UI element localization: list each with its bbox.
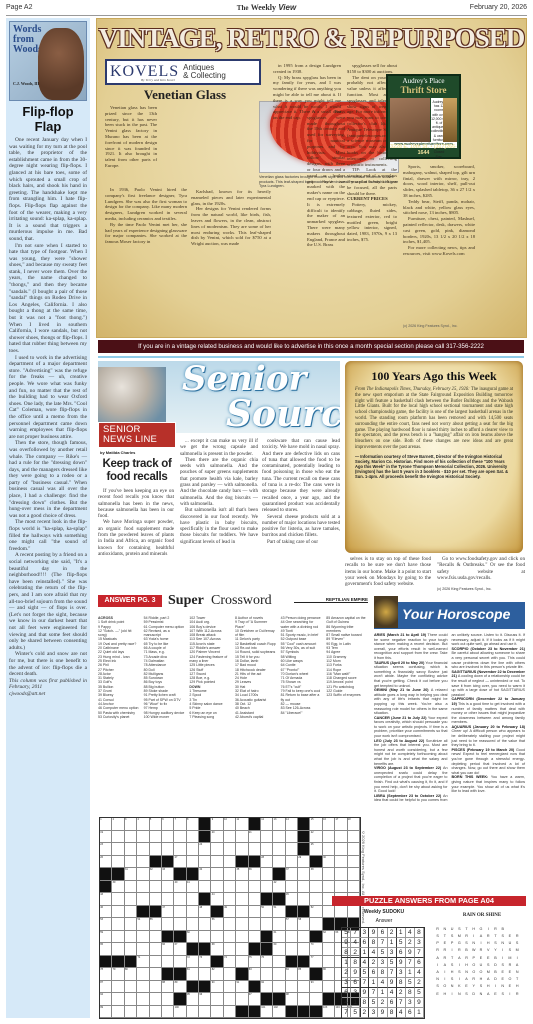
- crossword-cell[interactable]: 31: [125, 868, 137, 881]
- crossword-cell[interactable]: [125, 881, 137, 894]
- crossword-cell[interactable]: [236, 856, 248, 869]
- crossword-cell[interactable]: 80: [125, 968, 137, 981]
- crossword-cell[interactable]: 93: [310, 981, 322, 994]
- crossword-cell[interactable]: 35: [236, 868, 248, 881]
- crossword-cell[interactable]: [112, 893, 124, 906]
- crossword-cell[interactable]: 49: [224, 906, 236, 919]
- crossword-cell[interactable]: [236, 943, 248, 956]
- crossword-cell[interactable]: [150, 856, 162, 869]
- crossword-cell[interactable]: 20: [211, 831, 223, 844]
- crossword-cell[interactable]: [348, 881, 360, 894]
- crossword-cell[interactable]: [224, 993, 236, 1006]
- crossword-cell[interactable]: 17: [335, 818, 347, 831]
- crossword-cell[interactable]: 68: [211, 943, 223, 956]
- crossword-grid[interactable]: 1234567891011121314151617181920212223242…: [99, 817, 361, 1019]
- crossword-cell[interactable]: [174, 931, 186, 944]
- crossword-cell[interactable]: [261, 893, 273, 906]
- crossword-cell[interactable]: [236, 1006, 248, 1019]
- crossword-cell[interactable]: 11: [236, 818, 248, 831]
- crossword-cell[interactable]: [162, 831, 174, 844]
- crossword-cell[interactable]: [187, 843, 199, 856]
- crossword-cell[interactable]: 15: [310, 818, 322, 831]
- crossword-cell[interactable]: [199, 981, 211, 994]
- crossword-cell[interactable]: 97: [249, 993, 261, 1006]
- crossword-cell[interactable]: [310, 918, 322, 931]
- crossword-cell[interactable]: [125, 856, 137, 869]
- crossword-cell[interactable]: [310, 881, 322, 894]
- crossword-cell[interactable]: [310, 968, 322, 981]
- crossword-cell[interactable]: [174, 906, 186, 919]
- crossword-cell[interactable]: [298, 943, 310, 956]
- crossword-cell[interactable]: [199, 881, 211, 894]
- crossword-cell[interactable]: [150, 893, 162, 906]
- crossword-cell[interactable]: [162, 856, 174, 869]
- crossword-cell[interactable]: [211, 906, 223, 919]
- crossword-cell[interactable]: 102: [273, 1006, 285, 1019]
- crossword-cell[interactable]: 1: [100, 818, 112, 831]
- crossword-cell[interactable]: [199, 818, 211, 831]
- crossword-cell[interactable]: [249, 906, 261, 919]
- crossword-cell[interactable]: [273, 968, 285, 981]
- crossword-cell[interactable]: [125, 931, 137, 944]
- crossword-cell[interactable]: 44: [211, 893, 223, 906]
- crossword-cell[interactable]: 8: [187, 818, 199, 831]
- crossword-cell[interactable]: 69: [273, 943, 285, 956]
- crossword-cell[interactable]: 78: [100, 968, 112, 981]
- crossword-cell[interactable]: [187, 1006, 199, 1019]
- crossword-cell[interactable]: [298, 931, 310, 944]
- crossword-cell[interactable]: [162, 931, 174, 944]
- crossword-cell[interactable]: 2: [112, 818, 124, 831]
- crossword-cell[interactable]: [286, 856, 298, 869]
- crossword-cell[interactable]: [348, 843, 360, 856]
- crossword-cell[interactable]: [112, 918, 124, 931]
- crossword-cell[interactable]: 27: [174, 856, 186, 869]
- crossword-cell[interactable]: [199, 918, 211, 931]
- crossword-cell[interactable]: [150, 956, 162, 969]
- crossword-cell[interactable]: [211, 881, 223, 894]
- crossword-cell[interactable]: [273, 981, 285, 994]
- crossword-cell[interactable]: 3: [125, 818, 137, 831]
- crossword-cell[interactable]: [273, 843, 285, 856]
- crossword-cell[interactable]: 26: [100, 856, 112, 869]
- author-email[interactable]: cjwoods@att.net: [9, 691, 87, 698]
- crossword-cell[interactable]: [174, 868, 186, 881]
- crossword-cell[interactable]: 59: [100, 931, 112, 944]
- crossword-cell[interactable]: [112, 843, 124, 856]
- crossword-cell[interactable]: [137, 856, 149, 869]
- crossword-cell[interactable]: 12: [261, 818, 273, 831]
- crossword-cell[interactable]: [150, 968, 162, 981]
- crossword-cell[interactable]: [137, 893, 149, 906]
- crossword-cell[interactable]: [112, 931, 124, 944]
- crossword-cell[interactable]: [211, 931, 223, 944]
- crossword-cell[interactable]: [112, 831, 124, 844]
- crossword-cell[interactable]: [100, 868, 112, 881]
- crossword-cell[interactable]: [298, 1006, 310, 1019]
- crossword-cell[interactable]: [249, 918, 261, 931]
- crossword-cell[interactable]: [199, 968, 211, 981]
- crossword-cell[interactable]: [187, 868, 199, 881]
- crossword-cell[interactable]: [273, 956, 285, 969]
- crossword-cell[interactable]: [150, 931, 162, 944]
- crossword-cell[interactable]: [249, 981, 261, 994]
- crossword-cell[interactable]: [187, 893, 199, 906]
- crossword-cell[interactable]: [348, 856, 360, 869]
- crossword-cell[interactable]: [298, 868, 310, 881]
- crossword-cell[interactable]: [273, 993, 285, 1006]
- crossword-cell[interactable]: [249, 943, 261, 956]
- crossword-cell[interactable]: [199, 831, 211, 844]
- crossword-cell[interactable]: [125, 843, 137, 856]
- crossword-cell[interactable]: [137, 868, 149, 881]
- crossword-cell[interactable]: 33: [162, 868, 174, 881]
- crossword-cell[interactable]: [310, 931, 322, 944]
- crossword-cell[interactable]: [137, 881, 149, 894]
- crossword-cell[interactable]: [236, 993, 248, 1006]
- crossword-cell[interactable]: [137, 906, 149, 919]
- crossword-cell[interactable]: 23: [100, 843, 112, 856]
- crossword-cell[interactable]: [286, 881, 298, 894]
- crossword-cell[interactable]: [261, 881, 273, 894]
- crossword-cell[interactable]: [323, 993, 335, 1006]
- crossword-cell[interactable]: [298, 893, 310, 906]
- crossword-cell[interactable]: 30: [323, 856, 335, 869]
- crossword-cell[interactable]: 58: [298, 918, 310, 931]
- crossword-cell[interactable]: [273, 856, 285, 869]
- crossword-cell[interactable]: [150, 843, 162, 856]
- crossword-cell[interactable]: 91: [236, 981, 248, 994]
- crossword-cell[interactable]: 50: [261, 906, 273, 919]
- crossword-cell[interactable]: [211, 868, 223, 881]
- crossword-cell[interactable]: [224, 981, 236, 994]
- crossword-cell[interactable]: [174, 968, 186, 981]
- crossword-cell[interactable]: [236, 831, 248, 844]
- crossword-cell[interactable]: [137, 943, 149, 956]
- crossword-cell[interactable]: 77: [310, 956, 322, 969]
- crossword-cell[interactable]: [174, 993, 186, 1006]
- crossword-cell[interactable]: [174, 831, 186, 844]
- crossword-cell[interactable]: 41: [187, 881, 199, 894]
- crossword-cell[interactable]: [199, 1006, 211, 1019]
- crossword-cell[interactable]: [261, 993, 273, 1006]
- crossword-cell[interactable]: 79: [112, 968, 124, 981]
- crossword-cell[interactable]: [137, 981, 149, 994]
- crossword-cell[interactable]: [236, 906, 248, 919]
- crossword-cell[interactable]: [112, 956, 124, 969]
- crossword-cell[interactable]: 55: [150, 918, 162, 931]
- crossword-cell[interactable]: 89: [174, 981, 186, 994]
- crossword-cell[interactable]: [335, 868, 347, 881]
- crossword-cell[interactable]: [224, 918, 236, 931]
- crossword-cell[interactable]: [174, 956, 186, 969]
- crossword-cell[interactable]: [261, 831, 273, 844]
- crossword-cell[interactable]: 60: [187, 931, 199, 944]
- crossword-cell[interactable]: [261, 968, 273, 981]
- crossword-cell[interactable]: [310, 993, 322, 1006]
- crossword-cell[interactable]: 25: [310, 843, 322, 856]
- crossword-cell[interactable]: [323, 881, 335, 894]
- crossword-cell[interactable]: 48: [199, 906, 211, 919]
- crossword-cell[interactable]: [125, 906, 137, 919]
- crossword-cell[interactable]: [224, 843, 236, 856]
- crossword-cell[interactable]: 51: [273, 906, 285, 919]
- crossword-cell[interactable]: 92: [261, 981, 273, 994]
- crossword-cell[interactable]: 81: [187, 968, 199, 981]
- crossword-cell[interactable]: 86: [323, 968, 335, 981]
- crossword-cell[interactable]: [150, 906, 162, 919]
- crossword-cell[interactable]: [273, 831, 285, 844]
- crossword-cell[interactable]: [112, 856, 124, 869]
- crossword-cell[interactable]: 94: [100, 993, 112, 1006]
- crossword-cell[interactable]: [199, 943, 211, 956]
- crossword-cell[interactable]: [112, 981, 124, 994]
- crossword-cell[interactable]: [112, 868, 124, 881]
- crossword-cell[interactable]: 76: [261, 956, 273, 969]
- crossword-cell[interactable]: 18: [348, 818, 360, 831]
- crossword-cell[interactable]: [224, 1006, 236, 1019]
- crossword-cell[interactable]: [261, 843, 273, 856]
- crossword-cell[interactable]: [298, 956, 310, 969]
- crossword-cell[interactable]: 96: [199, 993, 211, 1006]
- crossword-cell[interactable]: [298, 843, 310, 856]
- crossword-cell[interactable]: [273, 868, 285, 881]
- crossword-cell[interactable]: [174, 893, 186, 906]
- crossword-cell[interactable]: 53: [100, 918, 112, 931]
- crossword-cell[interactable]: 5: [150, 818, 162, 831]
- crossword-cell[interactable]: [162, 968, 174, 981]
- crossword-cell[interactable]: 95: [187, 993, 199, 1006]
- crossword-cell[interactable]: [323, 831, 335, 844]
- crossword-cell[interactable]: [112, 906, 124, 919]
- crossword-cell[interactable]: 39: [112, 881, 124, 894]
- crossword-cell[interactable]: [162, 1006, 174, 1019]
- crossword-cell[interactable]: [150, 881, 162, 894]
- crossword-cell[interactable]: 9: [211, 818, 223, 831]
- crossword-cell[interactable]: 14: [286, 818, 298, 831]
- crossword-cell[interactable]: [112, 1006, 124, 1019]
- crossword-cell[interactable]: [187, 856, 199, 869]
- crossword-cell[interactable]: 16: [323, 818, 335, 831]
- audreys-place-ad[interactable]: Audrey's Place Thrift Store Audrey's has…: [386, 74, 461, 159]
- crossword-cell[interactable]: [150, 943, 162, 956]
- crossword-cell[interactable]: [125, 893, 137, 906]
- crossword-cell[interactable]: [286, 956, 298, 969]
- crossword-cell[interactable]: [323, 943, 335, 956]
- crossword-cell[interactable]: 40: [174, 881, 186, 894]
- crossword-cell[interactable]: 65: [100, 943, 112, 956]
- crossword-cell[interactable]: [162, 918, 174, 931]
- crossword-cell[interactable]: 24: [199, 843, 211, 856]
- crossword-cell[interactable]: [249, 818, 261, 831]
- crossword-cell[interactable]: 43: [100, 893, 112, 906]
- crossword-cell[interactable]: 82: [211, 968, 223, 981]
- crossword-cell[interactable]: [187, 906, 199, 919]
- crossword-cell[interactable]: [273, 918, 285, 931]
- crossword-cell[interactable]: 73: [199, 956, 211, 969]
- crossword-cell[interactable]: [137, 1006, 149, 1019]
- crossword-cell[interactable]: [298, 881, 310, 894]
- crossword-cell[interactable]: 72: [187, 956, 199, 969]
- crossword-cell[interactable]: 38: [310, 868, 322, 881]
- crossword-cell[interactable]: [224, 931, 236, 944]
- crossword-cell[interactable]: [187, 831, 199, 844]
- crossword-cell[interactable]: [348, 868, 360, 881]
- crossword-cell[interactable]: [273, 893, 285, 906]
- crossword-cell[interactable]: [335, 831, 347, 844]
- crossword-cell[interactable]: [261, 868, 273, 881]
- crossword-cell[interactable]: 61: [273, 931, 285, 944]
- crossword-cell[interactable]: [150, 993, 162, 1006]
- crossword-cell[interactable]: [224, 943, 236, 956]
- crossword-cell[interactable]: [137, 843, 149, 856]
- crossword-cell[interactable]: [335, 881, 347, 894]
- crossword-cell[interactable]: [125, 981, 137, 994]
- crossword-cell[interactable]: 57: [286, 918, 298, 931]
- crossword-cell[interactable]: [174, 918, 186, 931]
- crossword-cell[interactable]: [199, 856, 211, 869]
- crossword-cell[interactable]: [174, 843, 186, 856]
- crossword-cell[interactable]: [298, 906, 310, 919]
- crossword-cell[interactable]: 56: [211, 918, 223, 931]
- crossword-cell[interactable]: [199, 931, 211, 944]
- crossword-cell[interactable]: [100, 881, 112, 894]
- crossword-cell[interactable]: [310, 893, 322, 906]
- crossword-cell[interactable]: [249, 856, 261, 869]
- crossword-cell[interactable]: [162, 993, 174, 1006]
- crossword-cell[interactable]: [298, 981, 310, 994]
- crossword-cell[interactable]: [125, 1006, 137, 1019]
- crossword-cell[interactable]: 84: [286, 968, 298, 981]
- crossword-cell[interactable]: 66: [162, 943, 174, 956]
- crossword-cell[interactable]: [224, 868, 236, 881]
- crossword-cell[interactable]: [162, 881, 174, 894]
- crossword-cell[interactable]: 83: [249, 968, 261, 981]
- crossword-cell[interactable]: 85: [298, 968, 310, 981]
- crossword-cell[interactable]: [249, 1006, 261, 1019]
- crossword-cell[interactable]: [112, 943, 124, 956]
- crossword-cell[interactable]: 28: [261, 856, 273, 869]
- crossword-cell[interactable]: [261, 918, 273, 931]
- crossword-cell[interactable]: 71: [137, 956, 149, 969]
- crossword-cell[interactable]: 36: [249, 868, 261, 881]
- crossword-cell[interactable]: [286, 843, 298, 856]
- crossword-cell[interactable]: [236, 918, 248, 931]
- crossword-cell[interactable]: 88: [162, 981, 174, 994]
- crossword-cell[interactable]: [211, 1006, 223, 1019]
- crossword-cell[interactable]: 7: [174, 818, 186, 831]
- crossword-cell[interactable]: 52: [310, 906, 322, 919]
- crossword-cell[interactable]: 21: [249, 831, 261, 844]
- crossword-cell[interactable]: [112, 993, 124, 1006]
- crossword-cell[interactable]: [286, 906, 298, 919]
- crossword-cell[interactable]: [162, 893, 174, 906]
- crossword-cell[interactable]: 47: [162, 906, 174, 919]
- crossword-cell[interactable]: 54: [137, 918, 149, 931]
- crossword-cell[interactable]: 37: [286, 868, 298, 881]
- crossword-cell[interactable]: [249, 931, 261, 944]
- crossword-cell[interactable]: [323, 956, 335, 969]
- crossword-cell[interactable]: [249, 881, 261, 894]
- crossword-cell[interactable]: [125, 943, 137, 956]
- crossword-cell[interactable]: [211, 843, 223, 856]
- crossword-cell[interactable]: [249, 843, 261, 856]
- crossword-cell[interactable]: 100: [174, 1006, 186, 1019]
- crossword-cell[interactable]: [236, 881, 248, 894]
- crossword-cell[interactable]: 19: [100, 831, 112, 844]
- crossword-cell[interactable]: [150, 981, 162, 994]
- crossword-cell[interactable]: [348, 831, 360, 844]
- crossword-cell[interactable]: [137, 968, 149, 981]
- crossword-cell[interactable]: 42: [273, 881, 285, 894]
- crossword-cell[interactable]: 87: [100, 981, 112, 994]
- crossword-cell[interactable]: [310, 1006, 322, 1019]
- crossword-cell[interactable]: [162, 843, 174, 856]
- crossword-cell[interactable]: [125, 918, 137, 931]
- crossword-cell[interactable]: 45: [286, 893, 298, 906]
- crossword-cell[interactable]: 10: [224, 818, 236, 831]
- crossword-cell[interactable]: [261, 931, 273, 944]
- crossword-cell[interactable]: [236, 956, 248, 969]
- crossword-cell[interactable]: 70: [310, 943, 322, 956]
- crossword-cell[interactable]: [224, 968, 236, 981]
- crossword-cell[interactable]: [224, 856, 236, 869]
- crossword-cell[interactable]: [286, 981, 298, 994]
- crossword-cell[interactable]: [125, 993, 137, 1006]
- crossword-cell[interactable]: [137, 831, 149, 844]
- crossword-cell[interactable]: [298, 831, 310, 844]
- crossword-cell[interactable]: [137, 993, 149, 1006]
- crossword-cell[interactable]: [199, 893, 211, 906]
- crossword-cell[interactable]: [211, 856, 223, 869]
- crossword-cell[interactable]: [211, 956, 223, 969]
- crossword-cell[interactable]: 29: [298, 856, 310, 869]
- crossword-cell[interactable]: [187, 943, 199, 956]
- crossword-cell[interactable]: [150, 1006, 162, 1019]
- crossword-cell[interactable]: [150, 831, 162, 844]
- crossword-cell[interactable]: [323, 981, 335, 994]
- crossword-cell[interactable]: [224, 831, 236, 844]
- crossword-cell[interactable]: [211, 993, 223, 1006]
- crossword-cell[interactable]: [249, 893, 261, 906]
- crossword-cell[interactable]: [125, 956, 137, 969]
- crossword-cell[interactable]: 99: [100, 1006, 112, 1019]
- crossword-cell[interactable]: [137, 931, 149, 944]
- crossword-cell[interactable]: 22: [310, 831, 322, 844]
- crossword-cell[interactable]: [236, 843, 248, 856]
- crossword-cell[interactable]: [298, 993, 310, 1006]
- crossword-cell[interactable]: [224, 893, 236, 906]
- crossword-cell[interactable]: [335, 843, 347, 856]
- crossword-cell[interactable]: [310, 856, 322, 869]
- crossword-cell[interactable]: [125, 831, 137, 844]
- crossword-cell[interactable]: 75: [249, 956, 261, 969]
- crossword-cell[interactable]: [323, 843, 335, 856]
- crossword-cell[interactable]: [236, 931, 248, 944]
- crossword-cell[interactable]: 101: [261, 1006, 273, 1019]
- crossword-cell[interactable]: 62: [323, 931, 335, 944]
- crossword-cell[interactable]: [286, 931, 298, 944]
- crossword-cell[interactable]: 34: [199, 868, 211, 881]
- crossword-cell[interactable]: [323, 868, 335, 881]
- crossword-cell[interactable]: [187, 918, 199, 931]
- crossword-cell[interactable]: [100, 956, 112, 969]
- crossword-cell[interactable]: [236, 893, 248, 906]
- crossword-cell[interactable]: 4: [137, 818, 149, 831]
- crossword-cell[interactable]: 103: [323, 1006, 335, 1019]
- crossword-cell[interactable]: 74: [224, 956, 236, 969]
- crossword-cell[interactable]: [286, 1006, 298, 1019]
